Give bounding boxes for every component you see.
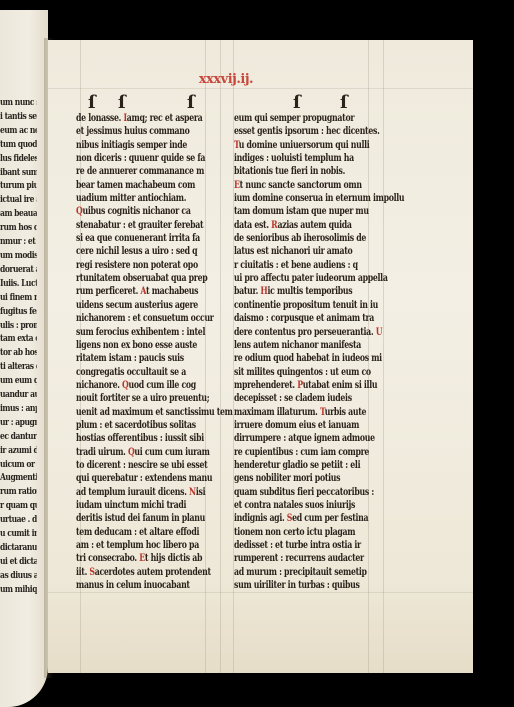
text-run: de lonasse.: [76, 113, 123, 124]
text-line: gens nobiliter mori potius: [234, 472, 342, 485]
text-run: azias autem quida: [278, 220, 352, 231]
text-run: tem deducam : et altare effodi: [76, 527, 199, 538]
text-line: indignis agi. Sed cum per festina: [234, 512, 342, 525]
text-line: maximam illaturum. Turbis aute: [234, 406, 342, 419]
text-run: nichanore.: [76, 380, 122, 391]
ascender-flourish: ſ: [187, 92, 195, 113]
text-run: si ea que conuenerant irrita fa: [76, 233, 200, 244]
text-run: uod cum ille cog: [129, 380, 196, 391]
text-line: ad murum : precipitauit semetip: [234, 566, 342, 579]
text-line: re odium quod habebat in iudeos mi: [234, 352, 342, 365]
text-line: dere contentus pro perseuerantia. U: [234, 326, 342, 339]
text-run: re de annuerer commanance m: [76, 166, 204, 177]
text-run: ui cum cum iuram: [134, 447, 209, 458]
text-line: doruerat ante: [0, 263, 37, 277]
text-line: non diceris : quuenr quide se fa: [76, 152, 184, 165]
ruling-line: [383, 40, 384, 673]
text-run: sum ferocius exhibentem : intel: [76, 327, 205, 338]
text-line: et jessimus huius commano: [76, 125, 184, 138]
text-line: ibant sum uidi: [0, 166, 37, 180]
text-line: um mihique d: [0, 583, 37, 597]
text-run: latus est nichanori uir amato: [234, 246, 352, 257]
text-run: uadium mitter antiochiam.: [76, 193, 186, 204]
text-run: ad murum : precipitauit semetip: [234, 567, 367, 578]
text-line: regi resistere non poterat opo: [76, 259, 184, 272]
text-run: congregatis occultauit se a: [76, 367, 186, 378]
text-run: uenit ad maximum et sanctissimu tem: [76, 407, 233, 418]
text-run: dedisset : et turbe intra ostia ir: [234, 540, 361, 551]
text-run: amq; rec et aspera: [127, 113, 203, 124]
text-line: uadium mitter antiochiam.: [76, 192, 184, 205]
text-run: gens nobiliter mori potius: [234, 473, 340, 484]
text-line: as diuus abe: [0, 569, 37, 583]
text-line: uidens secum austerius agere: [76, 299, 184, 312]
text-run: de senioribus ab iherosolimis de: [234, 233, 366, 244]
text-run: ad templum iurauit dicens.: [76, 487, 189, 498]
text-run: ritatem istam : paucis suis: [76, 353, 184, 364]
text-line: decepisset : se cladem iudeis: [234, 392, 342, 405]
text-run: indiges : uoluisti templum ha: [234, 153, 354, 164]
text-line: r ciuitatis : et bene audiens : q: [234, 259, 342, 272]
text-run: bear tamen machabeum com: [76, 180, 195, 191]
text-line: tri consecrabo. Et hijs dictis ab: [76, 552, 184, 565]
text-line: to dicerent : nescire se ubi esset: [76, 459, 184, 472]
text-line: tradi uirum. Qui cum cum iuram: [76, 446, 184, 459]
text-run: hostias offerentibus : iussit sibi: [76, 433, 204, 444]
text-line: ti alteras qui: [0, 360, 37, 374]
text-run: iit.: [76, 567, 89, 578]
text-line: rtunitatem obseruabat qua prep: [76, 272, 184, 285]
text-run: et contra natales suos iniurijs: [234, 500, 355, 511]
running-head: xxxvij.ij.: [196, 72, 256, 87]
text-run: indignis agi.: [234, 513, 287, 524]
text-line: tem deducam : et altare effodi: [76, 526, 184, 539]
text-line: um modis fe: [0, 249, 37, 263]
text-run: nouit fortiter se a uiro preuentu;: [76, 393, 209, 404]
text-run: esset gentis ipsorum : hec dicentes.: [234, 126, 379, 137]
text-run: utabat enim si illu: [303, 380, 377, 391]
text-run: t hijs dictis ab: [145, 553, 202, 564]
text-line: imus : anpeq ae: [0, 402, 37, 416]
text-run: mprehenderet.: [234, 380, 297, 391]
text-line: qui querebatur : extendens manu: [76, 472, 184, 485]
text-run: uibus cognitis nichanor ca: [82, 206, 190, 217]
text-run: u domine uniuersorum qui nulli: [239, 140, 370, 151]
text-line: i tantis seueri ab: [0, 110, 37, 124]
text-line: ui finem mis f: [0, 291, 37, 305]
text-line: et contra natales suos iniurijs: [234, 499, 342, 512]
text-line: uenit ad maximum et sanctissimu tem: [76, 406, 184, 419]
text-line: tum quod eum a: [0, 138, 37, 152]
text-line: dedisset : et turbe intra ostia ir: [234, 539, 342, 552]
text-line: nichanorem : et consuetum occur: [76, 312, 184, 325]
text-column-left: de lonasse. Iamq; rec et asperaet jessim…: [76, 112, 214, 592]
text-run: quam subditus fieri peccatoribus :: [234, 487, 374, 498]
text-run: ed cum per festina: [292, 513, 368, 524]
text-run: rum perficeret.: [76, 286, 140, 297]
text-line: ium domine conserua in eternum impollu: [234, 192, 342, 205]
text-line: irruere domum eius et ianuam: [234, 419, 342, 432]
text-run: manus in celum inuocabant: [76, 580, 190, 591]
text-run: to dicerent : nescire se ubi esset: [76, 460, 207, 471]
text-run: tri consecrabo.: [76, 553, 139, 564]
text-line: quam subditus fieri peccatoribus :: [234, 486, 342, 499]
text-run: data est.: [234, 220, 271, 231]
text-run: decepisset : se cladem iudeis: [234, 393, 352, 404]
text-line: Augmenti qui: [0, 471, 37, 485]
text-run: non diceris : quuenr quide se fa: [76, 153, 205, 164]
text-column-right: eum qui semper propugnatoresset gentis i…: [234, 112, 372, 592]
text-line: ictual ire apud: [0, 193, 37, 207]
text-line: esset gentis ipsorum : hec dicentes.: [234, 125, 342, 138]
text-run: ic multis temporibus: [267, 286, 352, 297]
text-line: de senioribus ab iherosolimis de: [234, 232, 342, 245]
text-line: uandur aurii no: [0, 388, 37, 402]
text-line: indiges : uoluisti templum ha: [234, 152, 342, 165]
text-run: stenabatur : et grauiter ferebat: [76, 220, 203, 231]
text-run: acerdotes autem protendent: [95, 567, 211, 578]
text-line: nichanore. Quod cum ille cog: [76, 379, 184, 392]
text-run: ui pro affectu pater iudeorum appella: [234, 273, 388, 284]
text-run: tradi uirum.: [76, 447, 128, 458]
text-run: isi: [196, 487, 205, 498]
text-line: um eum quod: [0, 374, 37, 388]
ruling-line: [48, 88, 473, 89]
text-line: rum hos capite ca: [0, 221, 37, 235]
text-line: henderetur gladio se petiit : eli: [234, 459, 342, 472]
text-line: manus in celum inuocabant: [76, 579, 184, 592]
text-line: latus est nichanori uir amato: [234, 245, 342, 258]
text-run: uidens secum austerius agere: [76, 300, 198, 311]
ruling-line: [220, 40, 221, 673]
rubricated-initial: H: [260, 286, 267, 297]
text-run: urbis aute: [325, 407, 366, 418]
text-line: rum rations pro: [0, 485, 37, 499]
text-line: tor ab hostibus: [0, 346, 37, 360]
text-line: u cumit in feb: [0, 527, 37, 541]
text-line: ui et dicta it: [0, 555, 37, 569]
text-line: r quam que: [0, 499, 37, 513]
text-line: bear tamen machabeum com: [76, 179, 184, 192]
text-run: eum qui semper propugnator: [234, 113, 354, 124]
text-line: uicum or an: [0, 458, 37, 472]
text-run: dere contentus pro perseuerantia.: [234, 327, 376, 338]
text-run: qui querebatur : extendens manu: [76, 473, 212, 484]
text-line: rum perficeret. At machabeus: [76, 285, 184, 298]
text-line: re de annuerer commanance m: [76, 165, 184, 178]
text-run: re cupientibus : cum iam compre: [234, 447, 369, 458]
text-run: lens autem nichanor manifesta: [234, 340, 361, 351]
text-run: daismo : corpusque et animam tra: [234, 313, 374, 324]
text-line: iudam uinctum michi tradi: [76, 499, 184, 512]
text-run: ligens non ex bono esse auste: [76, 340, 197, 351]
ascender-flourish: ſ: [88, 92, 96, 113]
text-line: re cupientibus : cum iam compre: [234, 446, 342, 459]
text-line: Et nunc sancte sanctorum omn: [234, 179, 342, 192]
text-run: am : et templum hoc libero pa: [76, 540, 199, 551]
text-line: Quibus cognitis nichanor ca: [76, 205, 184, 218]
text-run: sit milites quingentos : ut eum co: [234, 367, 371, 378]
text-run: dirrumpere : atque ignem admoue: [234, 433, 375, 444]
rubricated-initial: U: [376, 327, 382, 338]
text-line: ulis : prompe or: [0, 319, 37, 333]
text-run: plum : et sacerdotibus solitas: [76, 420, 196, 431]
text-line: lus fideles ue: [0, 152, 37, 166]
text-line: mprehenderet. Putabat enim si illu: [234, 379, 342, 392]
text-run: rumperent : recurrens audacter: [234, 553, 364, 564]
text-line: ritatem istam : paucis suis: [76, 352, 184, 365]
text-run: ium domine conserua in eternum impollu: [234, 193, 404, 204]
left-page: um nunc se quii tantis seueri abeum ac n…: [0, 10, 48, 707]
text-line: eum qui semper propugnator: [234, 112, 342, 125]
right-page: xxxvij.ij. ſ ſ ſ ſ ſ de lonasse. Iamq; r…: [48, 40, 473, 673]
text-run: nichanorem : et consuetum occur: [76, 313, 214, 324]
text-line: Tu domine uniuersorum qui nulli: [234, 139, 342, 152]
text-line: iit. Sacerdotes autem protendent: [76, 566, 184, 579]
text-line: bitationis tue fieri in nobis.: [234, 165, 342, 178]
text-run: tionem non certo ictu plagam: [234, 527, 355, 538]
text-line: dirrumpere : atque ignem admoue: [234, 432, 342, 445]
text-line: ur : apugna cu: [0, 416, 37, 430]
text-line: sum ferocius exhibentem : intel: [76, 326, 184, 339]
text-line: ec dantur domini: [0, 430, 37, 444]
text-run: maximam illaturum.: [234, 407, 320, 418]
left-page-text: um nunc se quii tantis seueri abeum ac n…: [0, 96, 37, 597]
text-line: urtuae . dictum: [0, 513, 37, 527]
text-line: tionem non certo ictu plagam: [234, 526, 342, 539]
ascender-flourish: ſ: [340, 92, 348, 113]
text-line: ui pro affectu pater iudeorum appella: [234, 272, 342, 285]
text-line: si ea que conuenerant irrita fa: [76, 232, 184, 245]
ascender-flourish: ſ: [118, 92, 126, 113]
text-run: bitationis tue fieri in nobis.: [234, 166, 345, 177]
text-line: dictaranus m: [0, 541, 37, 555]
text-line: congregatis occultauit se a: [76, 366, 184, 379]
text-line: nibus initiagis semper inde: [76, 139, 184, 152]
text-line: lens autem nichanor manifesta: [234, 339, 342, 352]
text-run: cere nichil lesus a uiro : sed q: [76, 246, 197, 257]
text-line: sit milites quingentos : ut eum co: [234, 366, 342, 379]
text-line: daismo : corpusque et animam tra: [234, 312, 342, 325]
text-line: am beaua ut te: [0, 207, 37, 221]
text-line: deritis istud dei fanum in planu: [76, 512, 184, 525]
text-line: Iuiis. Lucta ca: [0, 277, 37, 291]
text-run: et jessimus huius commano: [76, 126, 190, 137]
ascender-flourish: ſ: [293, 92, 301, 113]
rubricated-initial: N: [189, 487, 196, 498]
text-line: rumperent : recurrens audacter: [234, 552, 342, 565]
text-line: stenabatur : et grauiter ferebat: [76, 219, 184, 232]
text-run: deritis istud dei fanum in planu: [76, 513, 205, 524]
text-run: iudam uinctum michi tradi: [76, 500, 186, 511]
text-line: nmur : et uo tu: [0, 235, 37, 249]
text-line: turum pium fide: [0, 179, 37, 193]
text-run: re odium quod habebat in iudeos mi: [234, 353, 382, 364]
text-line: de lonasse. Iamq; rec et aspera: [76, 112, 184, 125]
text-run: irruere domum eius et ianuam: [234, 420, 359, 431]
text-line: data est. Razias autem quida: [234, 219, 342, 232]
text-line: am : et templum hoc libero pa: [76, 539, 184, 552]
text-run: sum uiriliter in turbas : quibus: [234, 580, 360, 591]
text-line: continentie propositum tenuit in iu: [234, 299, 342, 312]
text-line: batur. Hic multis temporibus: [234, 285, 342, 298]
text-run: batur.: [234, 286, 260, 297]
text-line: cere nichil lesus a uiro : sed q: [76, 245, 184, 258]
text-run: henderetur gladio se petiit : eli: [234, 460, 360, 471]
text-run: nibus initiagis semper inde: [76, 140, 187, 151]
text-run: tam domum istam que nuper mu: [234, 206, 369, 217]
text-line: hostias offerentibus : iussit sibi: [76, 432, 184, 445]
text-line: um nunc se qui: [0, 96, 37, 110]
text-run: rtunitatem obseruabat qua prep: [76, 273, 207, 284]
text-line: plum : et sacerdotibus solitas: [76, 419, 184, 432]
text-run: t nunc sancte sanctorum omn: [240, 180, 362, 191]
text-line: ligens non ex bono esse auste: [76, 339, 184, 352]
text-line: eum ac non in ap: [0, 124, 37, 138]
text-run: continentie propositum tenuit in iu: [234, 300, 378, 311]
text-run: regi resistere non poterat opo: [76, 260, 198, 271]
text-line: ad templum iurauit dicens. Nisi: [76, 486, 184, 499]
text-line: tam domum istam que nuper mu: [234, 205, 342, 218]
text-line: sum uiriliter in turbas : quibus: [234, 579, 342, 592]
text-line: fugitus festi m: [0, 305, 37, 319]
text-line: nouit fortiter se a uiro preuentu;: [76, 392, 184, 405]
text-line: tam exta cum eius: [0, 332, 37, 346]
text-line: ir azumi dui: [0, 444, 37, 458]
text-run: t machabeus: [146, 286, 198, 297]
text-run: r ciuitatis : et bene audiens : q: [234, 260, 358, 271]
